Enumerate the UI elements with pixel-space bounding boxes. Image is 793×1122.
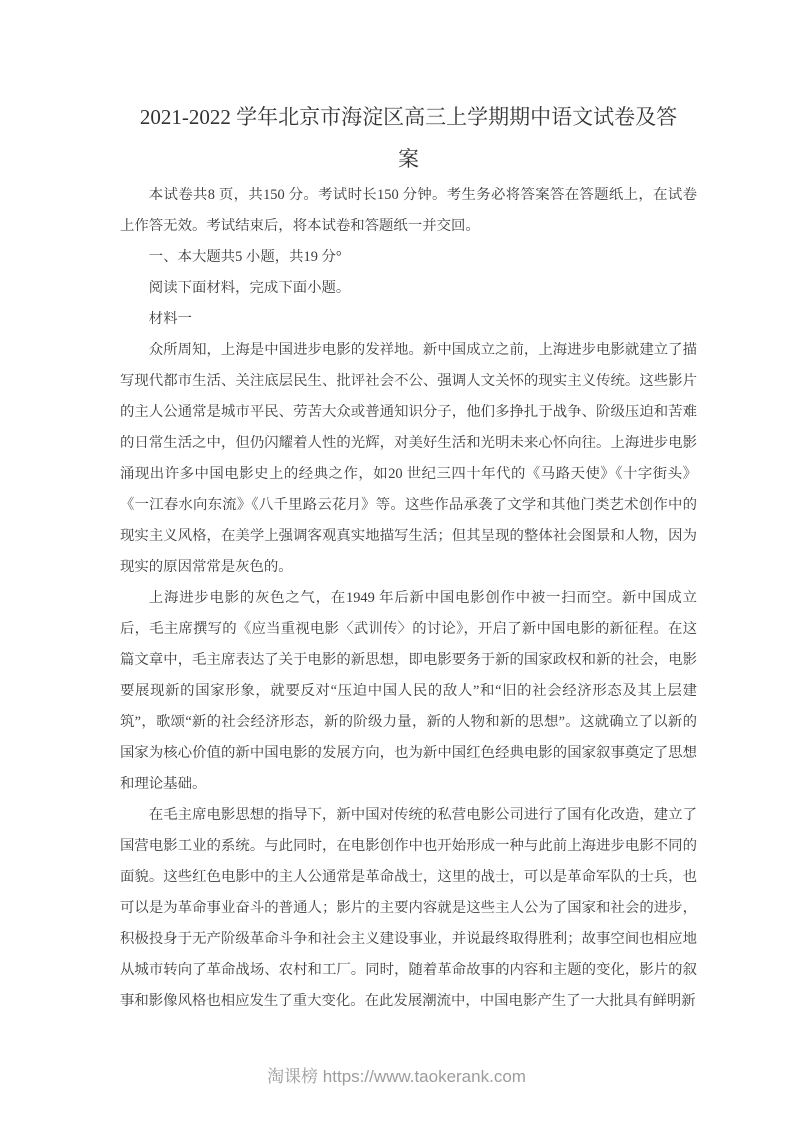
document-page: 2021-2022 学年北京市海淀区高三上学期期中语文试卷及答 案 本试卷共8 …	[0, 0, 793, 1122]
site-name: 淘课榜	[267, 1067, 318, 1086]
site-footer: 淘课榜 https://www.taokerank.com	[0, 1062, 793, 1087]
site-url-link[interactable]: https://www.taokerank.com	[323, 1067, 526, 1086]
material-paragraph-3: 在毛主席电影思想的指导下，新中国对传统的私营电影公司进行了国有化改造，建立了国营…	[120, 800, 697, 1017]
material-paragraph-2: 上海进步电影的灰色之气，在1949 年后新中国电影创作中被一扫而空。新中国成立后…	[120, 583, 697, 800]
material-paragraph-1: 众所周知，上海是中国进步电影的发祥地。新中国成立之前，上海进步电影就建立了描写现…	[120, 335, 697, 583]
document-body: 本试卷共8 页，共150 分。考试时长150 分钟。考生务必将答案答在答题纸上，…	[120, 180, 697, 1017]
material-label: 材料一	[120, 304, 697, 335]
document-title-line-1: 2021-2022 学年北京市海淀区高三上学期期中语文试卷及答	[120, 96, 697, 138]
reading-instruction: 阅读下面材料，完成下面小题。	[120, 273, 697, 304]
document-title-line-2: 案	[120, 138, 697, 180]
section-heading: 一、本大题共5 小题，共19 分°	[120, 242, 697, 273]
document-title: 2021-2022 学年北京市海淀区高三上学期期中语文试卷及答 案	[120, 96, 697, 180]
exam-instructions: 本试卷共8 页，共150 分。考试时长150 分钟。考生务必将答案答在答题纸上，…	[120, 180, 697, 242]
document-content: 2021-2022 学年北京市海淀区高三上学期期中语文试卷及答 案 本试卷共8 …	[120, 96, 697, 1017]
